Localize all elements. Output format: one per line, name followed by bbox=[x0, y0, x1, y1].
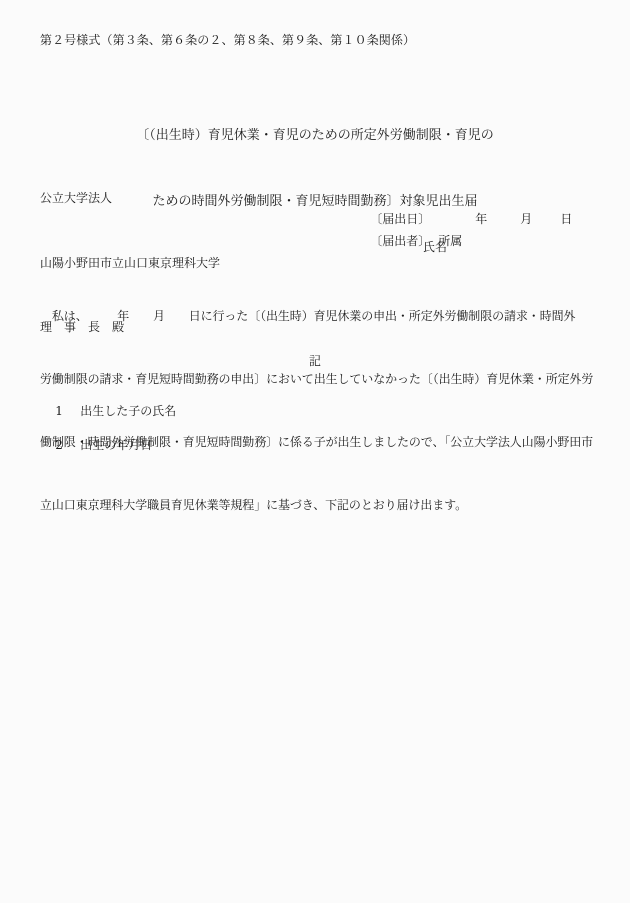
section-marker: 記 bbox=[0, 352, 630, 369]
submission-date-year-label: 年 bbox=[475, 212, 487, 226]
body-line-1: 私は、 年 月 日に行った〔（出生時）育児休業の申出・所定外労働制限の請求・時間… bbox=[40, 306, 610, 327]
submission-date-day-label: 日 bbox=[560, 212, 572, 226]
form-number-line: 第２号様式（第３条、第６条の２、第８条、第９条、第１０条関係） bbox=[40, 31, 415, 48]
body-line-2: 労働制限の請求・育児短時間勤務の申出〕において出生していなかった〔（出生時）育児… bbox=[40, 369, 610, 390]
list-item-2-number: 2 bbox=[55, 438, 80, 452]
submission-date-month-label: 月 bbox=[520, 212, 532, 226]
document-title-line1: 〔（出生時）育児休業・育児のための所定外労働制限・育児の bbox=[0, 125, 630, 147]
list-item-1-label: 出生した子の氏名 bbox=[80, 404, 176, 418]
list-item-2-label: 出生の年月日 bbox=[80, 438, 152, 452]
list-item-birth-date: 2出生の年月日 bbox=[40, 422, 152, 467]
reporter-label: 〔届出者〕 bbox=[370, 234, 430, 248]
list-item-1-number: 1 bbox=[55, 404, 80, 418]
body-line-4: 立山口東京理科大学職員育児休業等規程」に基づき、下記のとおり届け出ます。 bbox=[40, 495, 610, 516]
reporter-name-label: 氏名 bbox=[423, 238, 447, 255]
addressee-corporation: 公立大学法人 bbox=[40, 188, 220, 210]
document-page: 第２号様式（第３条、第６条の２、第８条、第９条、第１０条関係） 〔（出生時）育児… bbox=[0, 0, 630, 903]
